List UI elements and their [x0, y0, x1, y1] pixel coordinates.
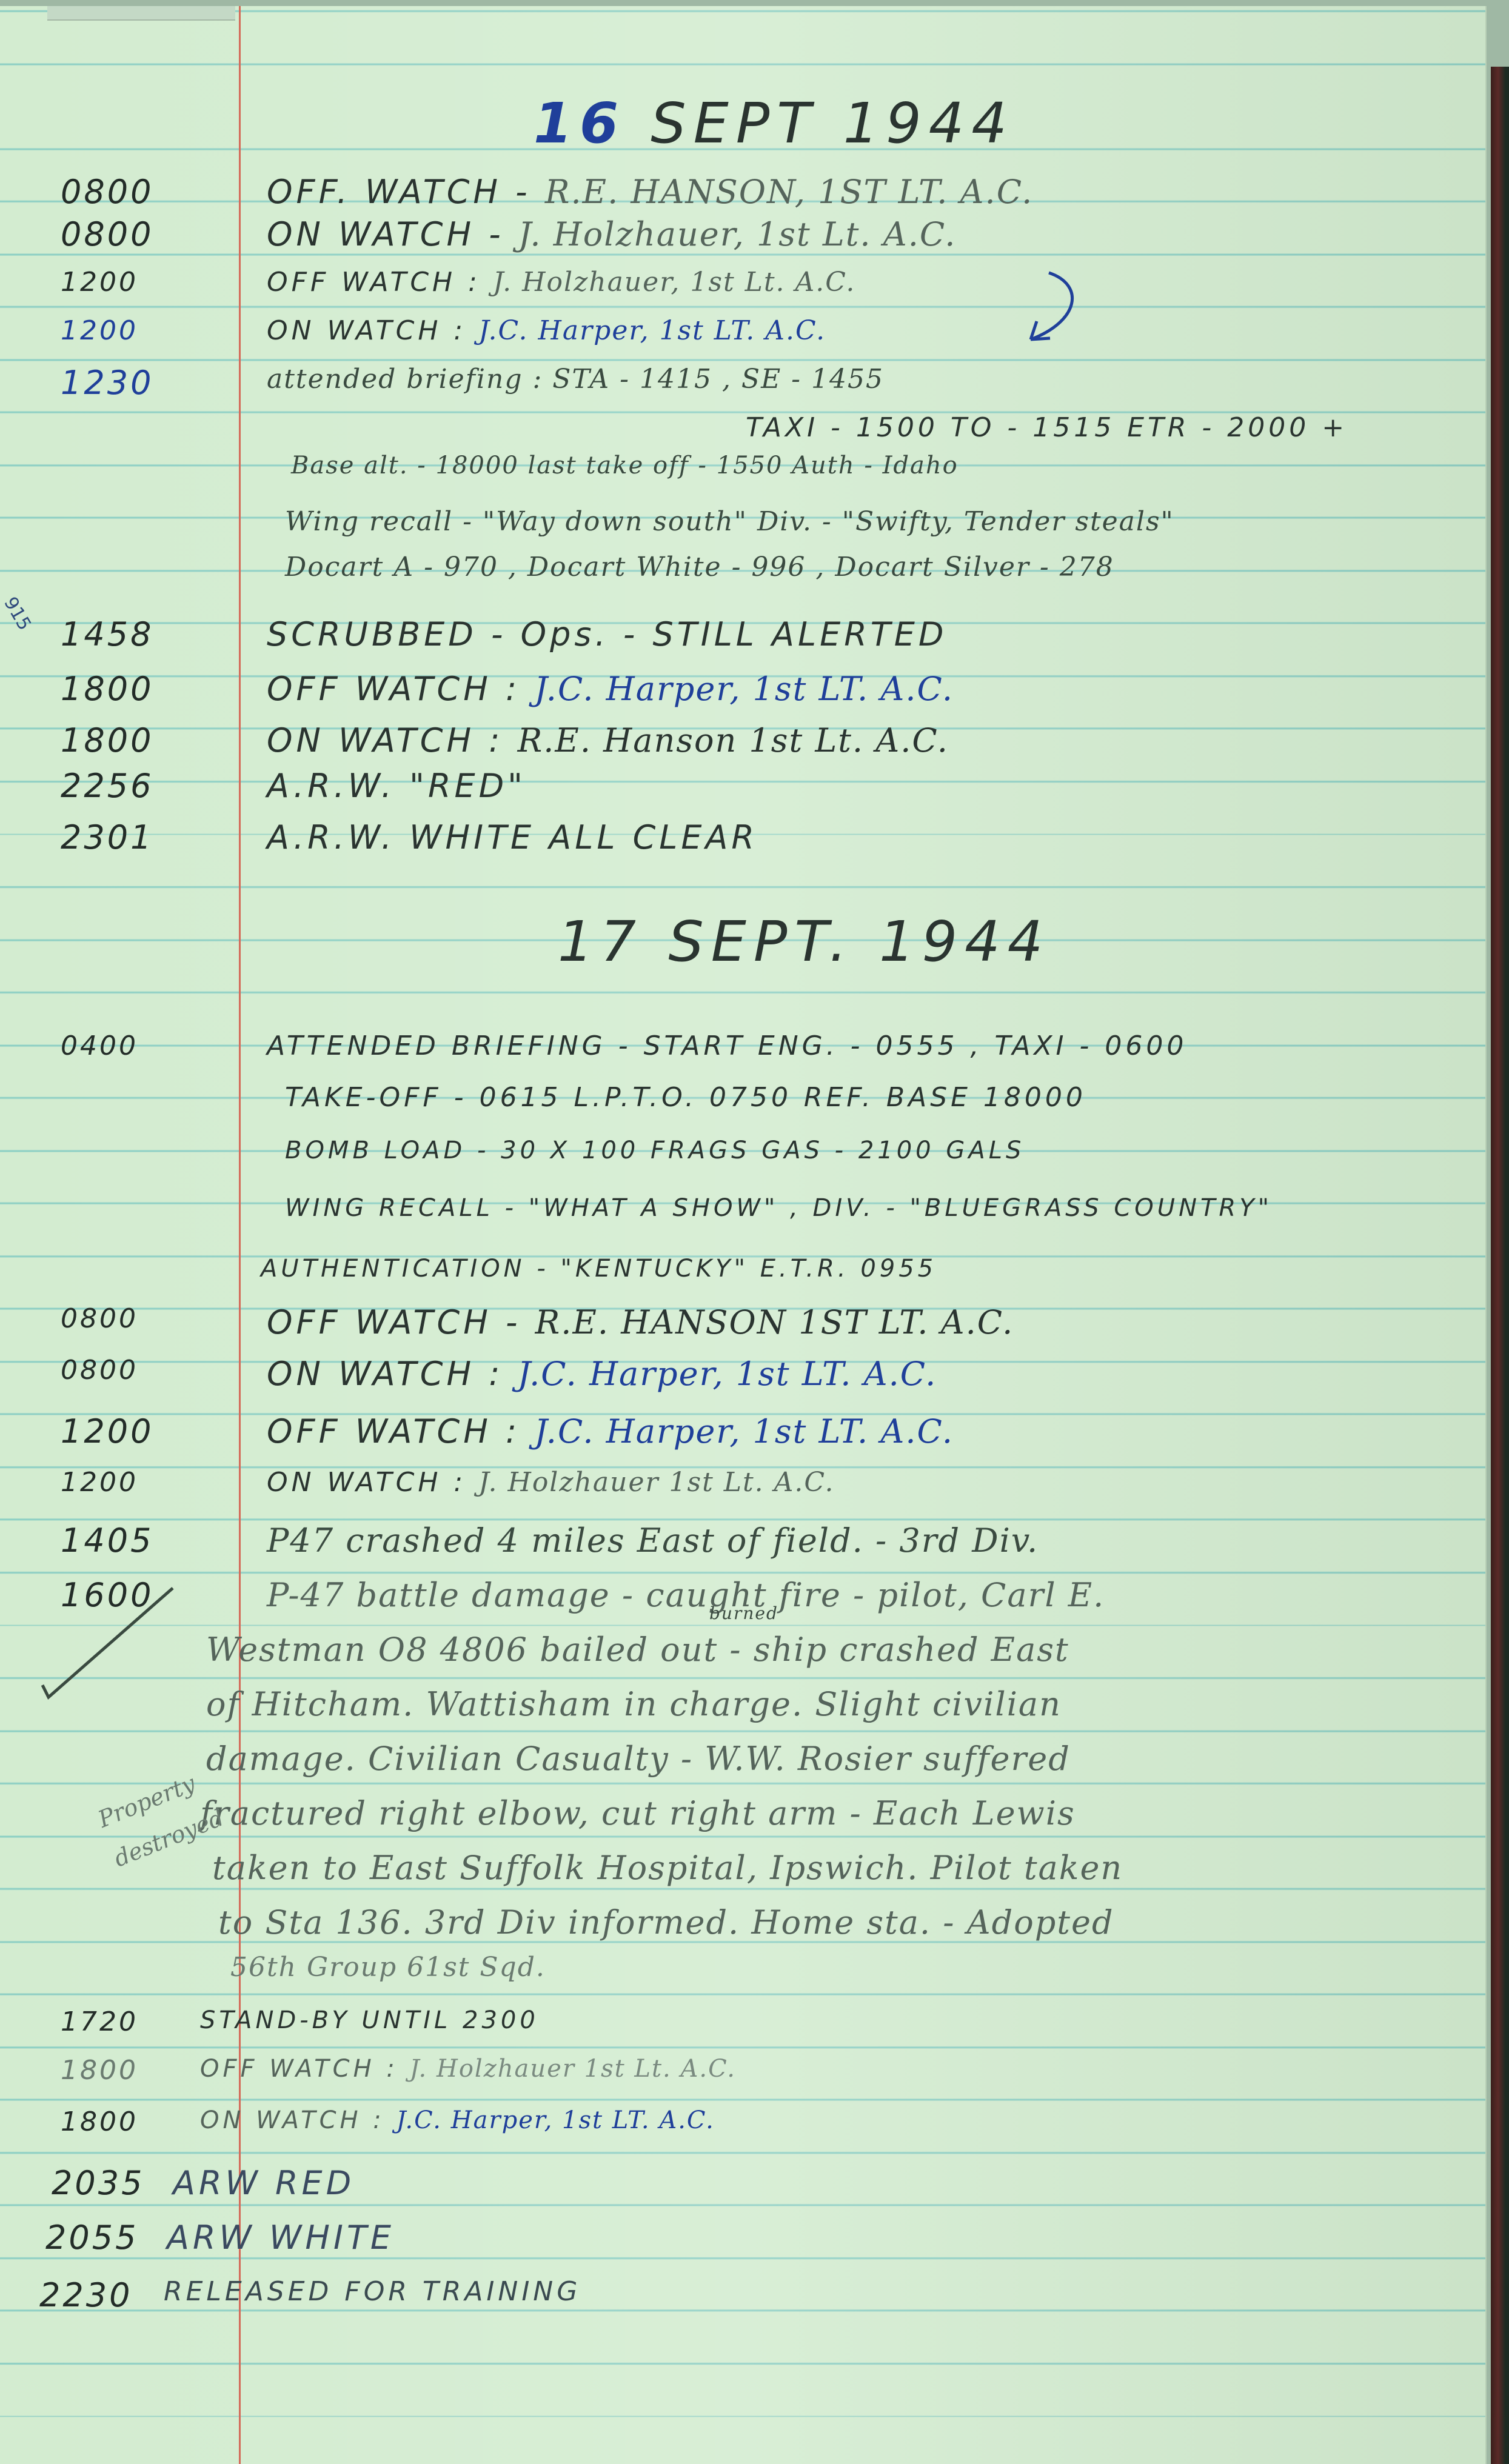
log-text: OFF WATCH :: [267, 1412, 520, 1451]
log-entry: fractured right elbow, cut right arm - E…: [200, 1794, 1449, 1832]
log-row: 0800 ON WATCH - J. Holzhauer, 1st Lt. A.…: [0, 215, 1485, 270]
log-entry: attended briefing : STA - 1415 , SE - 14…: [267, 364, 1449, 395]
log-entry: ON WATCH : J. Holzhauer 1st Lt. A.C.: [267, 1467, 1449, 1498]
log-row: 2055 ARW WHITE: [0, 2219, 1485, 2273]
log-entry: ON WATCH : J.C. Harper, 1st LT. A.C.: [267, 315, 1449, 346]
log-row: 0400 ATTENDED BRIEFING - START ENG. - 05…: [0, 1030, 1485, 1085]
signature: J. Holzhauer, 1st Lt. A.C.: [518, 215, 957, 253]
log-entry: AUTHENTICATION - "KENTUCKY" E.T.R. 0955: [261, 1255, 1449, 1283]
log-row: 1800 OFF WATCH : J.C. Harper, 1st LT. A.…: [0, 670, 1485, 724]
log-entry: OFF WATCH - R.E. Hanson 1st Lt. A.C.: [267, 1303, 1449, 1341]
log-entry: OFF WATCH : J.C. Harper, 1st LT. A.C.: [267, 1412, 1449, 1451]
log-row: 0800 OFF WATCH - R.E. Hanson 1st Lt. A.C…: [0, 1303, 1485, 1358]
log-entry: A.R.W. "RED": [267, 767, 1449, 805]
log-row: 1230 attended briefing : STA - 1415 , SE…: [0, 364, 1485, 418]
log-row: 1405 P47 crashed 4 miles East of field. …: [0, 1521, 1485, 1576]
signature: J.C. Harper, 1st LT. A.C.: [396, 2106, 714, 2134]
log-entry: STAND-BY UNTIL 2300: [200, 2006, 1449, 2034]
log-row: AUTHENTICATION - "KENTUCKY" E.T.R. 0955: [0, 1255, 1485, 1309]
log-time: 1200: [61, 315, 230, 346]
log-entry: Westman O8 4806 bailed out - ship crashe…: [206, 1631, 1449, 1669]
date-rest: SEPT 1944: [651, 91, 1014, 156]
log-row: WING RECALL - "WHAT A SHOW" , DIV. - "BL…: [0, 1194, 1485, 1249]
log-entry: WING RECALL - "WHAT A SHOW" , DIV. - "BL…: [285, 1194, 1449, 1222]
log-row: 1200 ON WATCH : J. Holzhauer 1st Lt. A.C…: [0, 1467, 1485, 1521]
log-row: 1200 OFF WATCH : J. Holzhauer, 1st Lt. A…: [0, 267, 1485, 321]
log-entry: A.R.W. WHITE ALL CLEAR: [267, 818, 1449, 856]
log-time: 2301: [61, 818, 230, 856]
log-entry: ON WATCH - J. Holzhauer, 1st Lt. A.C.: [267, 215, 1449, 253]
signature: J.C. Harper, 1st LT. A.C.: [478, 315, 826, 346]
log-entry: P47 crashed 4 miles East of field. - 3rd…: [267, 1521, 1449, 1560]
log-row: 0800 ON WATCH : J.C. Harper, 1st LT. A.C…: [0, 1355, 1485, 1409]
log-text: OFF WATCH :: [267, 670, 520, 708]
signature: J.C. Harper, 1st LT. A.C.: [518, 1355, 937, 1393]
log-entry: SCRUBBED - Ops. - STILL ALERTED: [267, 615, 1449, 653]
log-row: to Sta 136. 3rd Div informed. Home sta. …: [0, 1903, 1485, 1958]
log-row: burned Westman O8 4806 bailed out - ship…: [0, 1631, 1485, 1685]
log-row: 2256 A.R.W. "RED": [0, 767, 1485, 821]
log-time: 1800: [61, 721, 230, 760]
log-time: 1458: [61, 615, 230, 653]
log-entry: damage. Civilian Casualty - W.W. Rosier …: [206, 1740, 1449, 1778]
section-date-17-sept: 17 SEPT. 1944: [558, 909, 1050, 974]
log-row: BOMB LOAD - 30 X 100 FRAGS GAS - 2100 GA…: [0, 1137, 1485, 1191]
log-time: 1800: [61, 670, 230, 708]
signature: J.C. Harper, 1st LT. A.C.: [534, 1412, 954, 1451]
log-entry: ON WATCH : J.C. Harper, 1st LT. A.C.: [267, 1355, 1449, 1393]
log-text: OFF WATCH :: [200, 2055, 398, 2083]
log-row: damage. Civilian Casualty - W.W. Rosier …: [0, 1740, 1485, 1794]
ledger-page: 915 16 SEPT 1944 0800 OFF. WATCH - R.E. …: [0, 6, 1487, 2464]
log-entry: ARW RED: [173, 2164, 1449, 2202]
log-entry: TAKE-OFF - 0615 L.P.T.O. 0750 REF. BASE …: [285, 1082, 1449, 1113]
signature: R.E. Hanson 1st Lt. A.C.: [535, 1303, 1014, 1341]
checkmark-icon: [36, 1582, 176, 1703]
signature: J. Holzhauer 1st Lt. A.C.: [478, 1467, 834, 1498]
date-rest: SEPT. 1944: [668, 909, 1050, 974]
log-time: 1230: [61, 364, 230, 402]
signature: R.E. Hanson 1st Lt. A.C.: [518, 721, 949, 760]
log-entry: of Hitcham. Wattisham in charge. Slight …: [206, 1685, 1449, 1723]
log-row: 2301 A.R.W. WHITE ALL CLEAR: [0, 818, 1485, 873]
log-text: ON WATCH :: [200, 2106, 385, 2134]
log-entry: Docart A - 970 , Docart White - 996 , Do…: [285, 552, 1449, 583]
log-time: 0800: [61, 173, 230, 211]
book-binding: [1491, 67, 1509, 2464]
log-text: OFF. WATCH -: [267, 173, 531, 211]
log-row: 1800 OFF WATCH : J. Holzhauer 1st Lt. A.…: [0, 2055, 1485, 2109]
log-text: ON WATCH :: [267, 721, 503, 760]
log-time: 1200: [61, 1467, 230, 1498]
signature: J. Holzhauer 1st Lt. A.C.: [410, 2055, 736, 2083]
log-time: 2256: [61, 767, 230, 805]
log-row: 1458 SCRUBBED - Ops. - STILL ALERTED: [0, 615, 1485, 670]
log-entry: OFF WATCH : J. Holzhauer 1st Lt. A.C.: [200, 2055, 1449, 2083]
log-text: ON WATCH -: [267, 215, 504, 253]
log-row: of Hitcham. Wattisham in charge. Slight …: [0, 1685, 1485, 1740]
log-entry: OFF. WATCH - R.E. Hanson, 1st Lt. A.C.: [267, 173, 1449, 211]
log-row: 1200 OFF WATCH : J.C. Harper, 1st LT. A.…: [0, 1412, 1485, 1467]
log-entry: OFF WATCH : J. Holzhauer, 1st Lt. A.C.: [267, 267, 1449, 298]
log-entry: to Sta 136. 3rd Div informed. Home sta. …: [218, 1903, 1449, 1941]
arrow-icon: [1012, 267, 1097, 352]
log-entry: BOMB LOAD - 30 X 100 FRAGS GAS - 2100 GA…: [285, 1137, 1449, 1164]
log-time: 1200: [61, 1412, 230, 1451]
inline-annotation: burned: [709, 1603, 1449, 1623]
date-day: 17: [558, 909, 643, 974]
log-row: taken to East Suffolk Hospital, Ipswich.…: [0, 1849, 1485, 1903]
log-text: OFF WATCH -: [267, 1303, 521, 1341]
log-entry: 56th Group 61st Sqd.: [230, 1952, 1449, 1983]
log-row: 2230 RELEASED FOR TRAINING: [0, 2276, 1485, 2331]
log-time: 0800: [61, 215, 230, 253]
log-entry: Wing recall - "Way down south" Div. - "S…: [285, 506, 1449, 537]
log-time: 0800: [61, 1355, 230, 1386]
paper-tab: [47, 6, 235, 21]
log-time: 0800: [61, 1303, 230, 1334]
log-entry: taken to East Suffolk Hospital, Ipswich.…: [212, 1849, 1449, 1887]
log-row: 1720 STAND-BY UNTIL 2300: [0, 2006, 1485, 2061]
section-date-16-sept: 16 SEPT 1944: [534, 91, 1014, 156]
log-entry: RELEASED FOR TRAINING: [164, 2276, 1449, 2307]
signature: J.C. Harper, 1st LT. A.C.: [534, 670, 954, 708]
date-day: 16: [534, 91, 626, 156]
log-row: 56th Group 61st Sqd.: [0, 1952, 1485, 2006]
log-text: ON WATCH :: [267, 1355, 503, 1393]
log-row: 2035 ARW RED: [0, 2164, 1485, 2219]
log-entry: Base alt. - 18000 last take off - 1550 A…: [291, 452, 1449, 479]
log-time: 1405: [61, 1521, 230, 1560]
log-entry: ATTENDED BRIEFING - START ENG. - 0555 , …: [267, 1030, 1449, 1061]
log-time: 0400: [61, 1030, 230, 1061]
log-text: OFF WATCH :: [267, 267, 481, 298]
log-entry: OFF WATCH : J.C. Harper, 1st LT. A.C.: [267, 670, 1449, 708]
log-row: TAKE-OFF - 0615 L.P.T.O. 0750 REF. BASE …: [0, 1082, 1485, 1137]
log-time: 1200: [61, 267, 230, 298]
log-text: ON WATCH :: [267, 1467, 466, 1498]
log-row: 1200 ON WATCH : J.C. Harper, 1st LT. A.C…: [0, 315, 1485, 370]
log-entry: TAXI - 1500 TO - 1515 ETR - 2000 +: [746, 412, 1449, 443]
log-row: 1800 ON WATCH : J.C. Harper, 1st LT. A.C…: [0, 2106, 1485, 2161]
signature: J. Holzhauer, 1st Lt. A.C.: [493, 267, 855, 298]
log-entry: ON WATCH : R.E. Hanson 1st Lt. A.C.: [267, 721, 1449, 760]
log-text: ON WATCH :: [267, 315, 466, 346]
signature: R.E. Hanson, 1st Lt. A.C.: [545, 173, 1033, 211]
log-row: Base alt. - 18000 last take off - 1550 A…: [0, 452, 1485, 506]
log-row: Docart A - 970 , Docart White - 996 , Do…: [0, 552, 1485, 606]
log-entry: ON WATCH : J.C. Harper, 1st LT. A.C.: [200, 2106, 1449, 2134]
log-entry: ARW WHITE: [167, 2219, 1449, 2257]
